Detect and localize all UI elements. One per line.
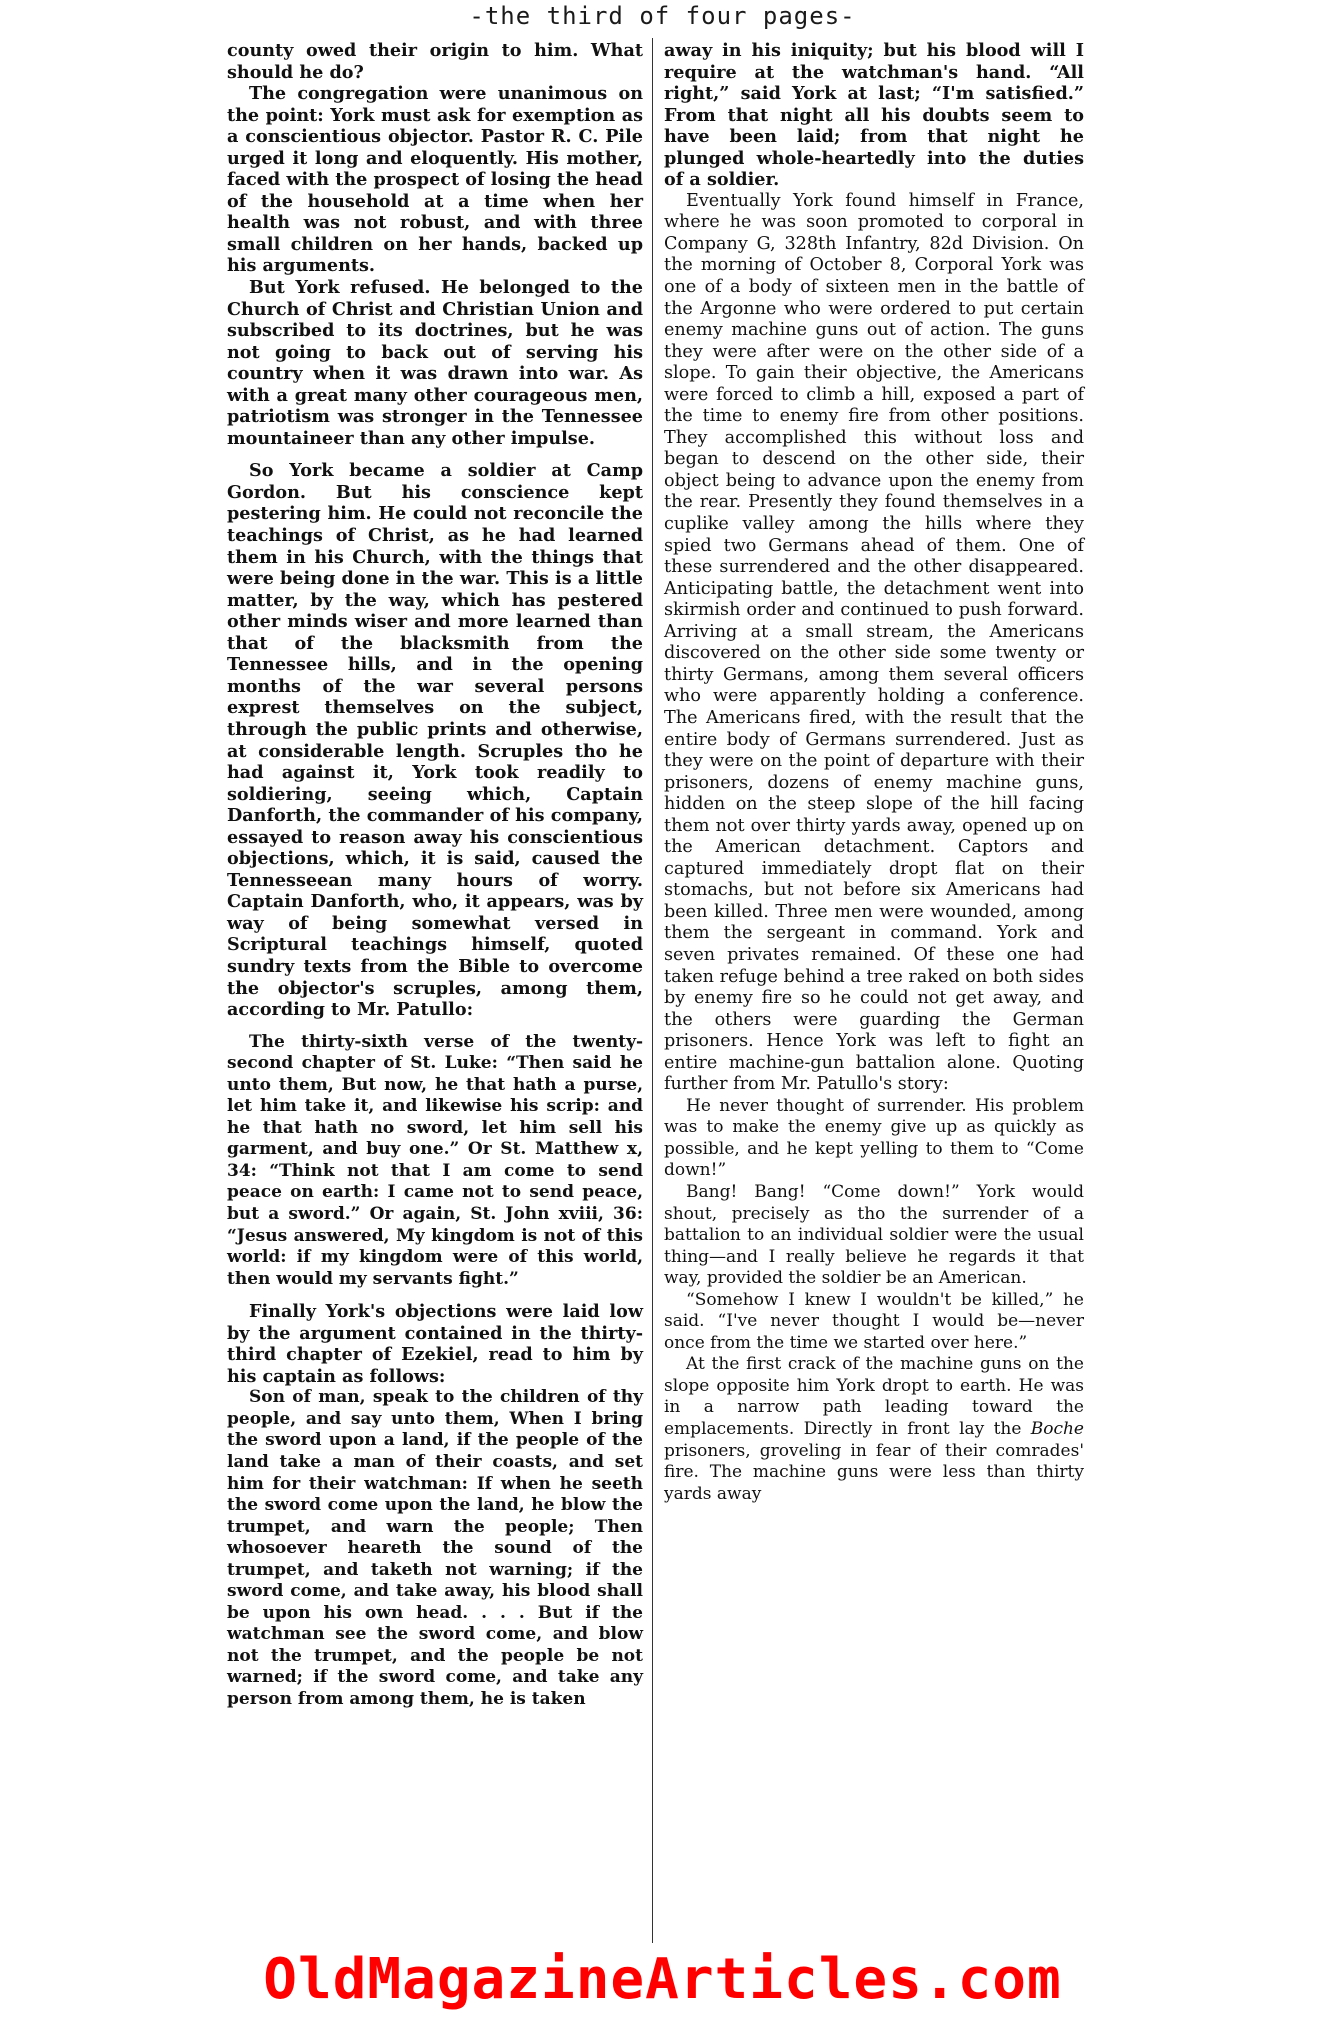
left-column: county owed their origin to him. What sh… [227,40,643,1711]
quoted-paragraph: He never thought of surrender. His probl… [664,1096,1084,1182]
page-header: -the third of four pages- [0,2,1325,30]
paragraph: The congregation were unanimous on the p… [227,83,643,277]
watermark: OldMagazineArticles.com [0,1948,1325,2012]
column-divider [652,38,653,1943]
paragraph: Eventually York found himself in France,… [664,191,1084,1096]
paragraph: away in his iniquity; but his blood will… [664,40,1084,191]
paragraph: Finally York's objections were laid low … [227,1301,643,1387]
quoted-paragraph: Bang! Bang! “Come down!” York would shou… [664,1182,1084,1290]
paragraph: So York became a soldier at Camp Gordon.… [227,460,643,1020]
text: At the first crack of the machine guns o… [664,1354,1084,1439]
quoted-paragraph: “Somehow I knew I wouldn't be killed,” h… [664,1290,1084,1355]
right-column: away in his iniquity; but his blood will… [664,40,1084,1505]
scripture-quote: Son of man, speak to the children of thy… [227,1387,643,1710]
text: prisoners, groveling in fear of their co… [664,1441,1084,1504]
quoted-paragraph: At the first crack of the machine guns o… [664,1354,1084,1505]
scripture-quote: The thirty-sixth verse of the twenty-sec… [227,1032,643,1291]
paragraph: county owed their origin to him. What sh… [227,40,643,83]
italic-word: Boche [1031,1419,1084,1439]
paragraph: But York refused. He belonged to the Chu… [227,277,643,449]
